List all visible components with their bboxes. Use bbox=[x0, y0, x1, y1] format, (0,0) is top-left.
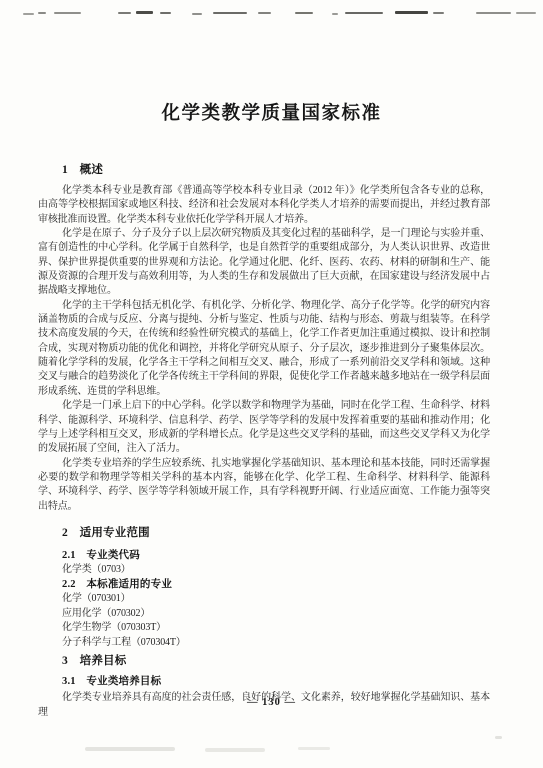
section-heading-overview: 1 概述 bbox=[38, 164, 490, 177]
page-title: 化学类教学质量国家标准 bbox=[0, 99, 543, 125]
scope-details: 2.1 专业类代码 化学类（0703） 2.2 本标准适用的专业 化学（0703… bbox=[38, 549, 490, 651]
class-code-item: 化学类（0703） bbox=[38, 563, 490, 578]
section-heading-scope: 2 适用专业范围 bbox=[38, 527, 490, 540]
scan-artifact-top-line bbox=[0, 0, 543, 20]
document-body: 1 概述 化学类本科专业是教育部《普通高等学校本科专业目录（2012 年）》化学… bbox=[38, 158, 490, 720]
major-item: 分子科学与工程（070304T） bbox=[38, 636, 490, 651]
subsection-heading-class-code: 2.1 专业类代码 bbox=[38, 549, 490, 564]
page-number: — 130 — bbox=[0, 697, 543, 708]
overview-paragraphs: 化学类本科专业是教育部《普通高等学校本科专业目录（2012 年）》化学类所包含各… bbox=[38, 184, 490, 514]
paragraph: 化学是在原子、分子及分子以上层次研究物质及其变化过程的基础科学，是一门理论与实验… bbox=[38, 227, 490, 299]
subsection-heading-applicable-majors: 2.2 本标准适用的专业 bbox=[38, 578, 490, 593]
paragraph: 化学类本科专业是教育部《普通高等学校本科专业目录（2012 年）》化学类所包含各… bbox=[38, 184, 490, 227]
major-item: 化学生物学（070303T） bbox=[38, 621, 490, 636]
paragraph: 化学类专业培养的学生应较系统、扎实地掌握化学基础知识、基本理论和基本技能，同时还… bbox=[38, 457, 490, 514]
paragraph: 化学是一门承上启下的中心学科。化学以数学和物理学为基础，同时在化学工程、生命科学… bbox=[38, 399, 490, 456]
section-heading-goals: 3 培养目标 bbox=[38, 655, 490, 668]
major-item: 化学（070301） bbox=[38, 592, 490, 607]
major-item: 应用化学（070302） bbox=[38, 607, 490, 622]
scanned-document-page: 化学类教学质量国家标准 1 概述 化学类本科专业是教育部《普通高等学校本科专业目… bbox=[0, 0, 543, 768]
paragraph: 化学的主干学科包括无机化学、有机化学、分析化学、物理化学、高分子化学等。化学的研… bbox=[38, 299, 490, 399]
subsection-heading-class-goals: 3.1 专业类培养目标 bbox=[38, 675, 490, 690]
